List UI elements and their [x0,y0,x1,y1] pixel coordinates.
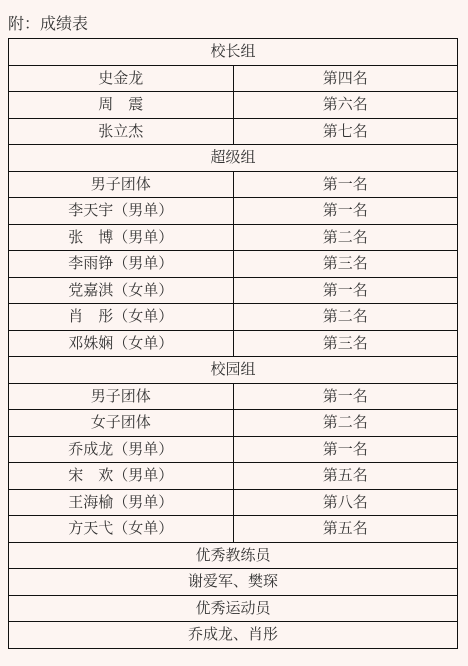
rank: 第六名 [233,92,458,119]
rank: 第二名 [233,410,458,437]
table-row: 男子团体 第一名 [9,383,458,410]
section-header-row: 超级组 [9,145,458,172]
rank: 第一名 [233,277,458,304]
rank: 第五名 [233,516,458,543]
section-header-row: 校园组 [9,357,458,384]
award-title: 优秀运动员 [9,595,458,622]
section-header-row: 校长组 [9,39,458,66]
participant-name: 方天弋（女单） [9,516,234,543]
participant-name: 周 震 [9,92,234,119]
participant-name: 男子团体 [9,171,234,198]
rank: 第二名 [233,304,458,331]
table-row: 张 博（男单） 第二名 [9,224,458,251]
participant-name: 邓姝娴（女单） [9,330,234,357]
table-row: 肖 彤（女单） 第二名 [9,304,458,331]
table-row: 女子团体 第二名 [9,410,458,437]
table-row: 乔成龙（男单） 第一名 [9,436,458,463]
table-row: 周 震 第六名 [9,92,458,119]
table-row: 党嘉淇（女单） 第一名 [9,277,458,304]
participant-name: 乔成龙（男单） [9,436,234,463]
award-header-row: 优秀运动员 [9,595,458,622]
participant-name: 李雨铮（男单） [9,251,234,278]
table-row: 张立杰 第七名 [9,118,458,145]
award-value-row: 谢爱军、樊琛 [9,569,458,596]
participant-name: 肖 彤（女单） [9,304,234,331]
table-row: 男子团体 第一名 [9,171,458,198]
award-value-row: 乔成龙、肖彤 [9,622,458,649]
rank: 第一名 [233,436,458,463]
participant-name: 男子团体 [9,383,234,410]
participant-name: 党嘉淇（女单） [9,277,234,304]
rank: 第一名 [233,198,458,225]
participant-name: 张立杰 [9,118,234,145]
table-caption: 附：成绩表 [8,13,88,35]
table-row: 王海榆（男单） 第八名 [9,489,458,516]
participant-name: 张 博（男单） [9,224,234,251]
table-row: 邓姝娴（女单） 第三名 [9,330,458,357]
section-title: 校园组 [9,357,458,384]
table-row: 方天弋（女单） 第五名 [9,516,458,543]
table-row: 李雨铮（男单） 第三名 [9,251,458,278]
section-title: 超级组 [9,145,458,172]
results-table: 校长组 史金龙 第四名 周 震 第六名 张立杰 第七名 超级组 男子团体 第一名… [8,38,458,649]
table-row: 史金龙 第四名 [9,65,458,92]
table-row: 李天宇（男单） 第一名 [9,198,458,225]
award-header-row: 优秀教练员 [9,542,458,569]
rank: 第四名 [233,65,458,92]
section-title: 校长组 [9,39,458,66]
award-recipients: 谢爱军、樊琛 [9,569,458,596]
rank: 第三名 [233,330,458,357]
participant-name: 宋 欢（男单） [9,463,234,490]
participant-name: 王海榆（男单） [9,489,234,516]
participant-name: 女子团体 [9,410,234,437]
rank: 第一名 [233,383,458,410]
rank: 第一名 [233,171,458,198]
rank: 第七名 [233,118,458,145]
rank: 第三名 [233,251,458,278]
table-row: 宋 欢（男单） 第五名 [9,463,458,490]
participant-name: 史金龙 [9,65,234,92]
participant-name: 李天宇（男单） [9,198,234,225]
award-title: 优秀教练员 [9,542,458,569]
rank: 第二名 [233,224,458,251]
rank: 第八名 [233,489,458,516]
award-recipients: 乔成龙、肖彤 [9,622,458,649]
rank: 第五名 [233,463,458,490]
